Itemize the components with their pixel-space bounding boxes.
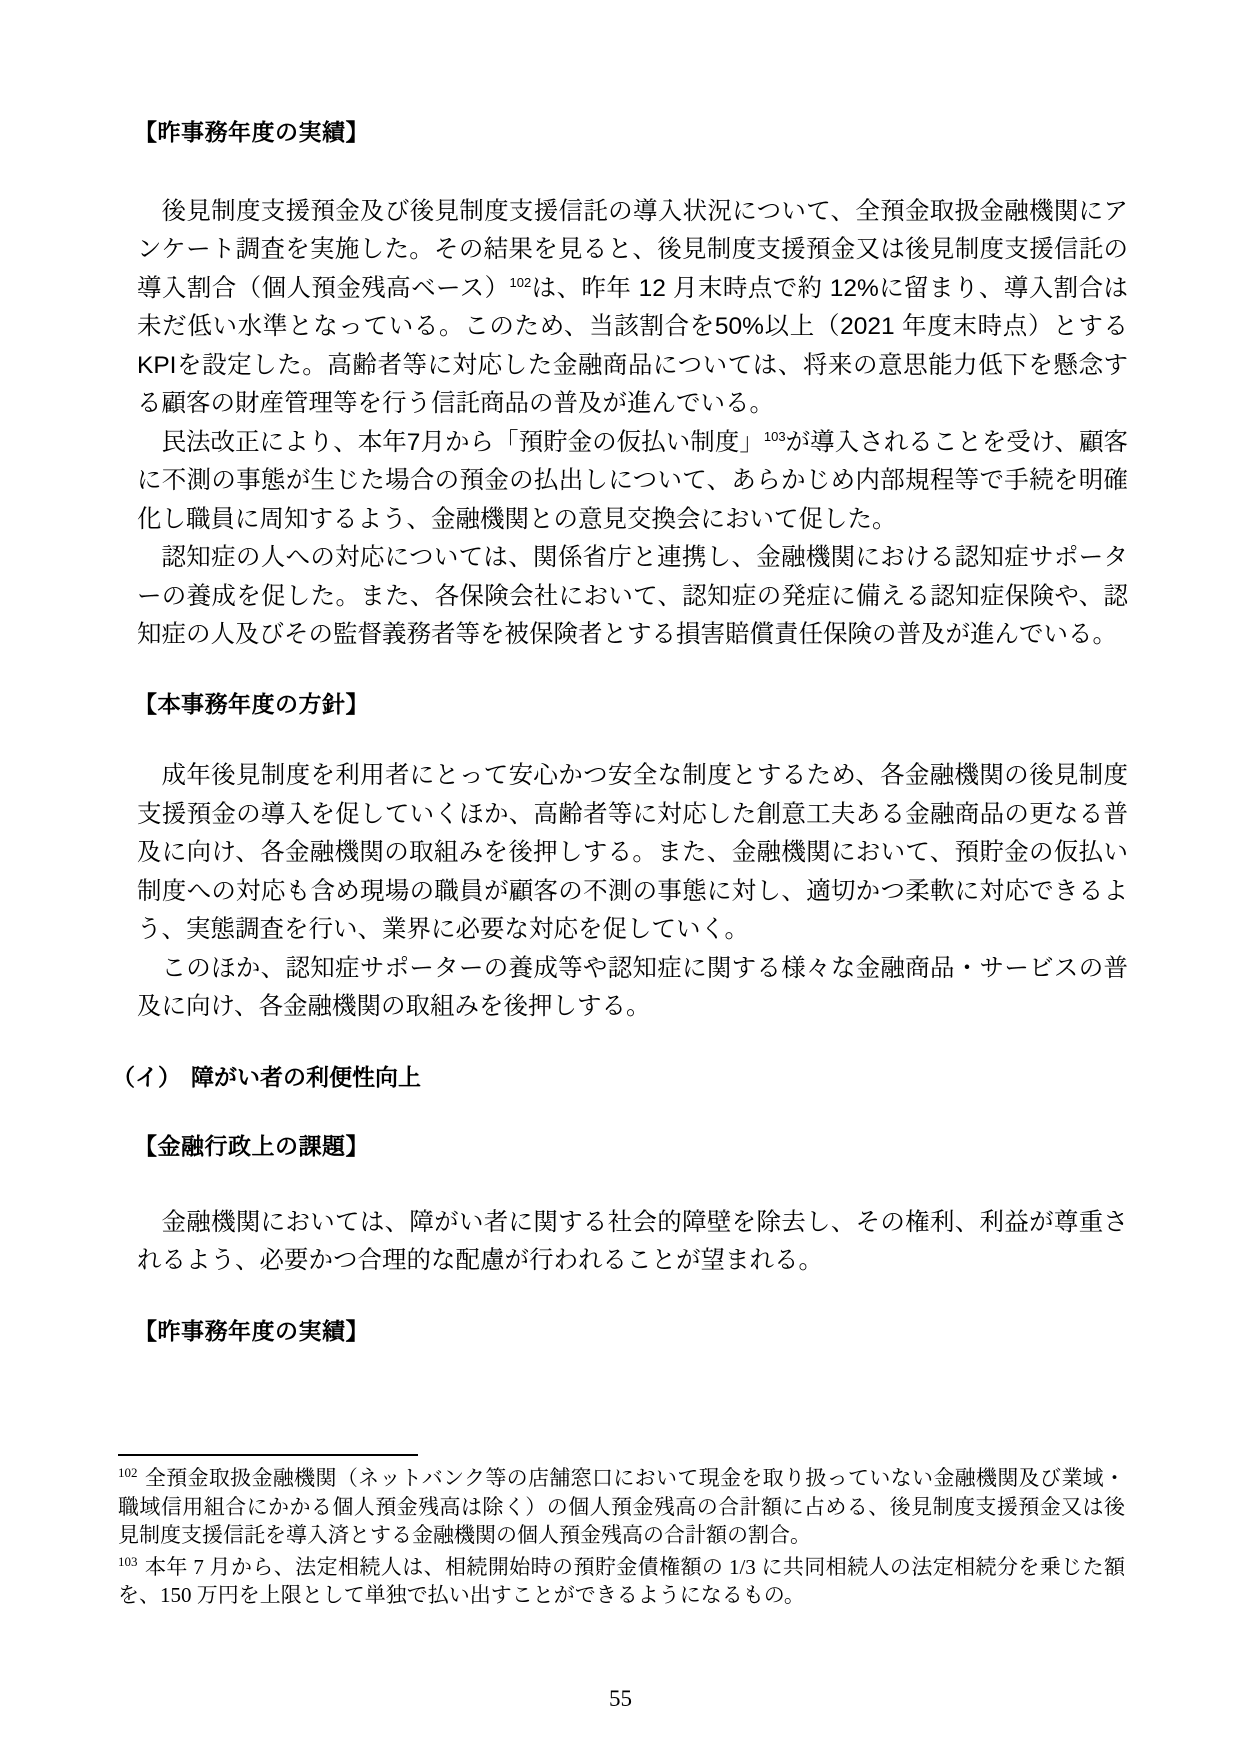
subsection-title: 障がい者の利便性向上 — [191, 1064, 421, 1090]
subsection-heading-disabled-accessibility: （イ）障がい者の利便性向上 — [112, 1058, 1128, 1097]
section-heading-this-year-policy: 【本事務年度の方針】 — [112, 685, 1128, 724]
para-provisional-payment: 民法改正により、本年7月から「預貯金の仮払い制度」103が導入されることを受け、… — [112, 424, 1128, 540]
para-dementia-supporters: このほか、認知症サポーターの養成等や認知症に関する様々な金融商品・サービスの普及… — [112, 950, 1128, 1027]
document-page: 【昨事務年度の実績】 後見制度支援預金及び後見制度支援信託の導入状況について、全… — [0, 0, 1241, 1754]
section-heading-financial-admin-issues: 【金融行政上の課題】 — [112, 1127, 1128, 1166]
para-dementia-response: 認知症の人への対応については、関係省庁と連携し、金融機関における認知症サポーター… — [112, 539, 1128, 655]
footnotes-area: 102全預金取扱金融機関（ネットバンク等の店舗窓口において現金を取り扱っていない… — [118, 1442, 1125, 1610]
section-heading-last-year-results: 【昨事務年度の実績】 — [112, 113, 1128, 152]
para-guardianship-survey: 後見制度支援預金及び後見制度支援信託の導入状況について、全預金取扱金融機関にアン… — [112, 193, 1128, 424]
footnote-102: 102全預金取扱金融機関（ネットバンク等の店舗窓口において現金を取り扱っていない… — [118, 1456, 1125, 1550]
para-adult-guardianship-policy: 成年後見制度を利用者にとって安心かつ安全な制度とするため、各金融機関の後見制度支… — [112, 757, 1128, 950]
footnote-103-text: 本年 7 月から、法定相続人は、相続開始時の預貯金債権額の 1/3 に共同相続人… — [118, 1555, 1125, 1608]
footnote-ref-103: 103 — [764, 428, 786, 443]
subsection-label: （イ） — [112, 1064, 181, 1090]
footnote-marker-103: 103 — [118, 1554, 138, 1569]
footnote-ref-102: 102 — [510, 274, 532, 289]
page-content: 【昨事務年度の実績】 後見制度支援預金及び後見制度支援信託の導入状況について、全… — [112, 0, 1128, 1350]
footnote-102-text: 全預金取扱金融機関（ネットバンク等の店舗窓口において現金を取り扱っていない金融機… — [118, 1466, 1125, 1547]
footnote-103: 103本年 7 月から、法定相続人は、相続開始時の預貯金債権額の 1/3 に共同… — [118, 1553, 1125, 1610]
para-social-barriers: 金融機関においては、障がい者に関する社会的障壁を除去し、その権利、利益が尊重され… — [112, 1204, 1128, 1281]
footnote-marker-102: 102 — [118, 1465, 138, 1480]
para-provisional-payment-text-before: 民法改正により、本年7月から「預貯金の仮払い制度」 — [162, 429, 764, 456]
page-number: 55 — [0, 1686, 1241, 1712]
section-heading-last-year-results-2: 【昨事務年度の実績】 — [112, 1312, 1128, 1351]
